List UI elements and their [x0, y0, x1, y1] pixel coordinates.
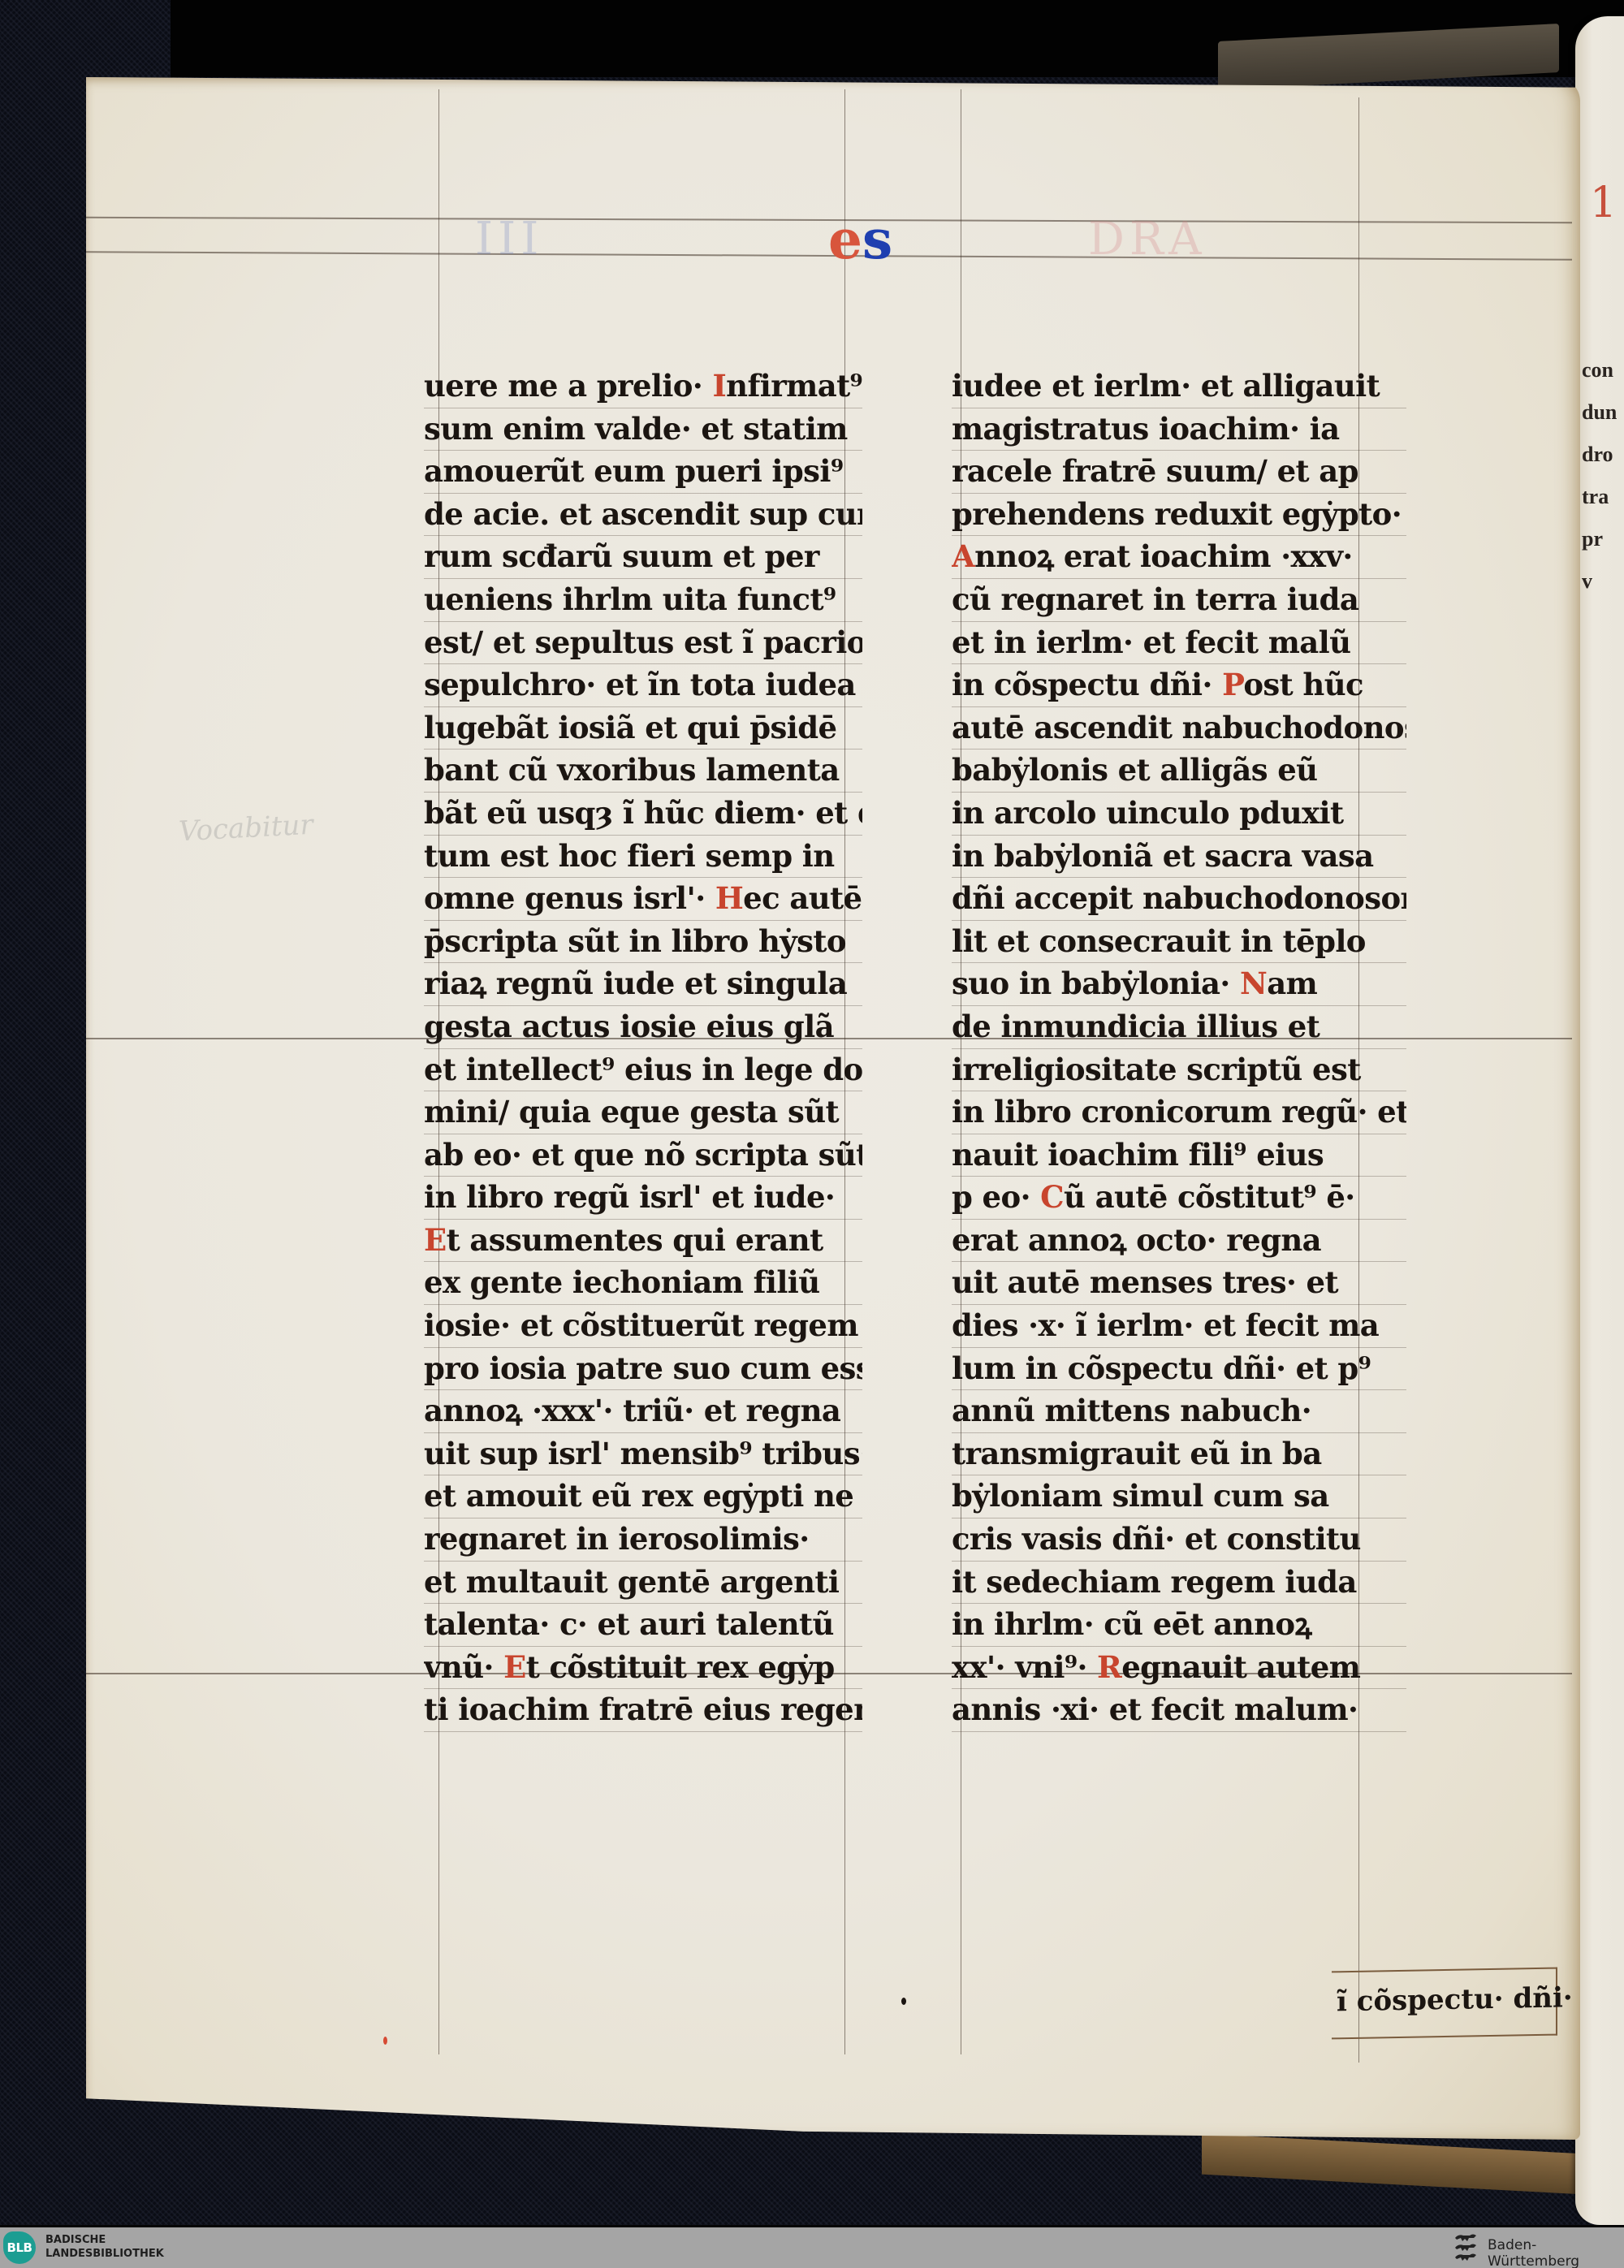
text-line: et in ierlm· et fecit malũ — [952, 622, 1406, 665]
rubricated-initial: N — [1240, 966, 1267, 1001]
text-line: erat annoꝝ octo· regna — [952, 1220, 1406, 1263]
institution-name-line2: LANDESBIBLIOTHEK — [45, 2247, 164, 2261]
text-line: iudee et ierlm· et alligauit — [952, 365, 1406, 408]
next-page-fragment: dro — [1582, 434, 1624, 476]
text-line: de inmundicia illius et — [952, 1006, 1406, 1049]
text-line: rum scđarũ suum et per — [424, 536, 862, 579]
text-line: in libro regũ isrl' et iude· — [424, 1177, 862, 1220]
rubricated-initial: A — [952, 538, 974, 574]
text-line: iosie· et cõstituerũt regem — [424, 1305, 862, 1348]
blb-institution-name: BADISCHE LANDESBIBLIOTHEK — [45, 2233, 164, 2261]
text-line: lit et consecrauit in tēplo — [952, 921, 1406, 964]
text-line: talenta· c· et auri talentũ — [424, 1604, 862, 1647]
text-line: annũ mittens nabuch· — [952, 1390, 1406, 1433]
text-line: mini/ quia eque gesta sũt — [424, 1091, 862, 1134]
text-line: cris vasis dñi· et constitu — [952, 1518, 1406, 1562]
text-line: it sedechiam regem iuda — [952, 1562, 1406, 1605]
text-line: regnaret in ierosolimis· — [424, 1518, 862, 1562]
running-head-red-letter: e — [828, 208, 862, 271]
text-line: est/ et sepultus est ĩ pacrio — [424, 622, 862, 665]
next-page-number-fragment: 1 — [1590, 179, 1617, 227]
text-line: sum enim valde· et statim — [424, 408, 862, 451]
text-line: bãt eũ usqȝ ĩ hũc diem· et da — [424, 793, 862, 836]
viewer-footer: BLB BADISCHE LANDESBIBLIOTHEK Baden-Würt… — [0, 2227, 1624, 2268]
catchword-box: ĩ cõspectu· dñi· — [1332, 1968, 1557, 2040]
text-line: in arcolo uinculo pduxit — [952, 793, 1406, 836]
text-line: p eo· Cũ autē cõstitut⁹ ē· — [952, 1177, 1406, 1220]
ink-dot — [901, 1998, 906, 2005]
text-line: nauit ioachim fili⁹ eius — [952, 1134, 1406, 1177]
text-line: bẏloniam simul cum sa — [952, 1475, 1406, 1518]
text-line: sepulchro· et ĩn tota iudea — [424, 664, 862, 707]
text-line: lum in cõspectu dñi· et p⁹ — [952, 1348, 1406, 1391]
text-line: et amouit eũ rex egẏpti ne — [424, 1475, 862, 1518]
catchword: ĩ cõspectu· dñi· — [1337, 1981, 1573, 2018]
running-head-faint-right: DRA — [1088, 213, 1207, 266]
text-line: in ihrlm· cũ eēt annoꝝ — [952, 1604, 1406, 1647]
text-line: in cõspectu dñi· Post hũc — [952, 664, 1406, 707]
text-line: in babẏloniã et sacra vasa — [952, 836, 1406, 879]
running-head-faint-left: III — [475, 213, 543, 266]
text-line: gesta actus iosie eius glã — [424, 1006, 862, 1049]
text-line: vnũ· Et cõstituit rex egẏp — [424, 1647, 862, 1690]
rubricated-initial: E — [424, 1222, 447, 1258]
text-line: annoꝝ ·xxx'· triũ· et regna — [424, 1390, 862, 1433]
text-line: omne genus isrl'· Hec autē — [424, 878, 862, 921]
rubricated-initial: I — [712, 368, 726, 404]
text-line: uere me a prelio· Infirmat⁹ — [424, 365, 862, 408]
text-line: cũ regnaret in terra iuda — [952, 579, 1406, 622]
running-head: es — [828, 213, 892, 266]
text-line: dies ·x· ĩ ierlm· et fecit ma — [952, 1305, 1406, 1348]
rubricated-initial: R — [1097, 1649, 1121, 1685]
running-head-blue-letter: s — [862, 208, 892, 271]
institution-name-line1: BADISCHE — [45, 2233, 164, 2247]
text-line: suo in babẏlonia· Nam — [952, 963, 1406, 1006]
text-line: babẏlonis et alligãs eũ — [952, 750, 1406, 793]
red-ink-mark — [383, 2037, 387, 2045]
next-page-fragment: dun — [1582, 391, 1624, 434]
blb-logo[interactable]: BLB — [3, 2231, 36, 2264]
text-line: uit sup isrl' mensib⁹ tribus· — [424, 1433, 862, 1476]
three-lions-coat-of-arms-icon — [1453, 2232, 1478, 2263]
text-line: irreligiositate scriptũ est — [952, 1049, 1406, 1092]
text-line: dñi accepit nabuchodonosor· et tu — [952, 878, 1406, 921]
rubricated-initial: H — [715, 880, 743, 916]
text-column-left: uere me a prelio· Infirmat⁹ sum enim val… — [424, 365, 862, 1732]
text-line: Annoꝝ erat ioachim ·xxv· — [952, 536, 1406, 579]
text-line: uit autē menses tres· et — [952, 1262, 1406, 1305]
text-line: prehendens reduxit egẏpto· — [952, 494, 1406, 537]
rubricated-initial: E — [503, 1649, 526, 1685]
next-page-fragment: con — [1582, 349, 1624, 391]
next-page-fragment: pr — [1582, 518, 1624, 560]
text-line: lugebãt iosiã et qui p̄sidē — [424, 707, 862, 750]
text-line: bant cũ vxoribus lamenta — [424, 750, 862, 793]
text-column-right: iudee et ierlm· et alligauit magistratus… — [952, 365, 1406, 1732]
next-page-fragment: v — [1582, 560, 1624, 603]
text-line: annis ·xi· et fecit malum· — [952, 1689, 1406, 1732]
text-line: amouerũt eum pueri ipsi⁹ — [424, 451, 862, 494]
text-line: autē ascendit nabuchodonosor rex — [952, 707, 1406, 750]
rubricated-initial: C — [1040, 1179, 1064, 1215]
next-page-fragment: tra — [1582, 476, 1624, 518]
text-line: et intellect⁹ eius in lege do — [424, 1049, 862, 1092]
text-line: de acie. et ascendit sup cur — [424, 494, 862, 537]
text-line: transmigrauit eũ in ba — [952, 1433, 1406, 1476]
text-line: pro iosia patre suo cum esset — [424, 1348, 862, 1391]
text-line: tum est hoc fieri semp in — [424, 836, 862, 879]
text-line: ueniens ihrlm uita funct⁹ — [424, 579, 862, 622]
text-line: et multauit gentē argenti — [424, 1562, 862, 1605]
text-line: ti ioachim fratrē eius regem — [424, 1689, 862, 1732]
text-line: Et assumentes qui erant — [424, 1220, 862, 1263]
text-line: magistratus ioachim· ia — [952, 408, 1406, 451]
text-line: in libro cronicorum regũ· et reg — [952, 1091, 1406, 1134]
text-line: xx'· vni⁹· Regnauit autem — [952, 1647, 1406, 1690]
text-line: racele fratrē suum/ et ap — [952, 451, 1406, 494]
text-line: ex gente iechoniam filiũ — [424, 1262, 862, 1305]
text-line: riaꝝ regnũ iude et singula — [424, 963, 862, 1006]
text-line: p̄scripta sũt in libro hẏsto — [424, 921, 862, 964]
next-page-sliver: 1 con dun dro tra pr v — [1575, 16, 1624, 2225]
text-line: ab eo· et que nõ scripta sũt — [424, 1134, 862, 1177]
rubricated-initial: P — [1222, 667, 1243, 702]
baden-wuerttemberg-label[interactable]: Baden-Württemberg — [1488, 2237, 1624, 2268]
